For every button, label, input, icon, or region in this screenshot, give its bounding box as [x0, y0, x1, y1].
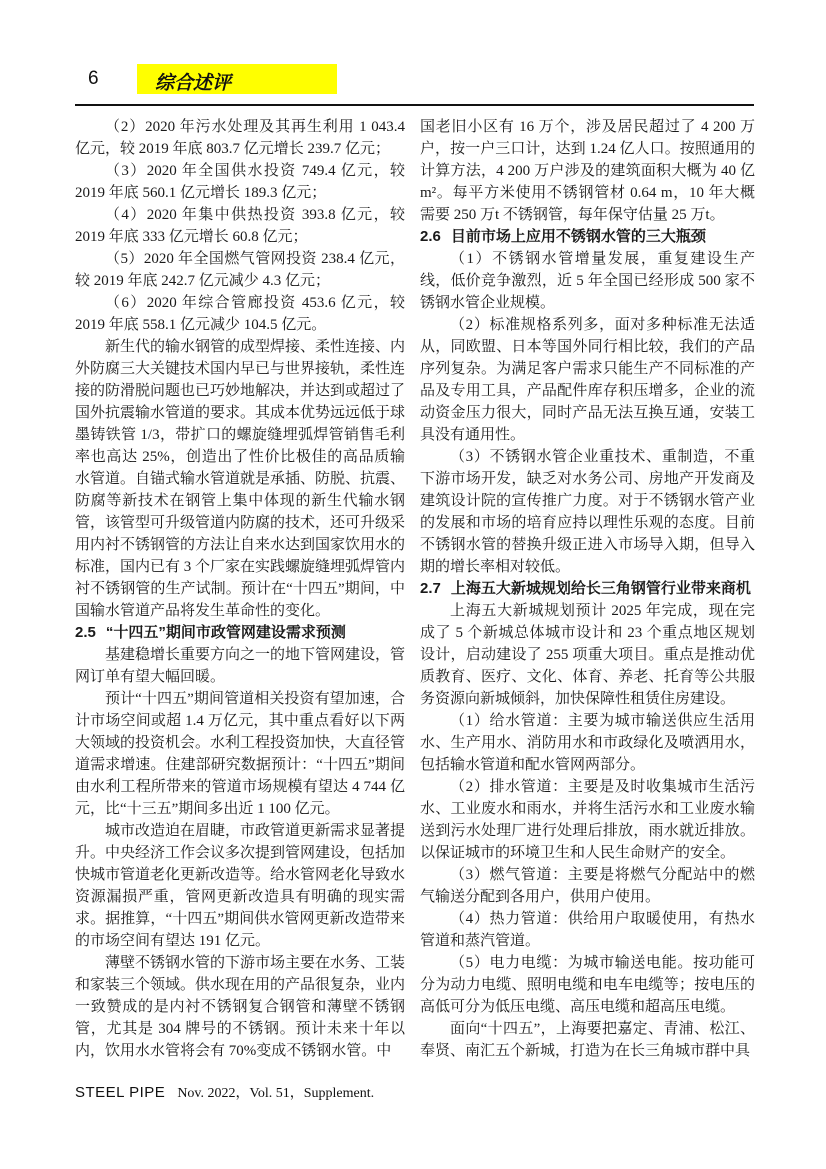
stat-item-5: （5）2020 年全国燃气管网投资 238.4 亿元，较 2019 年底 242… [75, 248, 405, 292]
heading-title: 上海五大新城规划给长三角钢管行业带来商机 [451, 580, 751, 597]
heading-number: 2.6 [420, 228, 441, 245]
journal-page: { "header": { "page_number": "6", "secti… [0, 0, 826, 1169]
paragraph-city-renewal: 城市改造迫在眉睫，市政管道更新需求显著提升。中央经济工作会议多次提到管网建设，包… [75, 820, 405, 952]
stat-item-3: （3）2020 年全国供水投资 749.4 亿元，较 2019 年底 560.1… [75, 160, 405, 204]
pipe-type-2-drainage: （2）排水管道：主要是及时收集城市生活污水、工业废水和雨水，并将生活污水和工业废… [420, 776, 755, 864]
paragraph-shanghai-newtowns: 上海五大新城规划预计 2025 年完成，现在完成了 5 个新城总体城市设计和 2… [420, 600, 755, 710]
journal-name: STEEL PIPE [75, 1084, 165, 1101]
right-column: 国老旧小区有 16 万个，涉及居民超过了 4 200 万户，按一户三口计，达到 … [420, 116, 755, 1062]
paragraph-five-newtowns: 面向“十四五”，上海要把嘉定、青浦、松江、奉贤、南汇五个新城，打造为在长三角城市… [420, 1018, 755, 1062]
section-heading-2-5: 2.5“十四五”期间市政管网建设需求预测 [75, 622, 405, 644]
stat-item-2: （2）2020 年污水处理及其再生利用 1 043.4 亿元，较 2019 年底… [75, 116, 405, 160]
section-heading-2-7: 2.7上海五大新城规划给长三角钢管行业带来商机 [420, 578, 755, 600]
stat-item-4: （4）2020 年集中供热投资 393.8 亿元，较 2019 年底 333 亿… [75, 204, 405, 248]
paragraph-investment-forecast: 预计“十四五”期间管道相关投资有望加速，合计市场空间或超 1.4 万亿元，其中重… [75, 688, 405, 820]
issue-info: Nov. 2022，Vol. 51，Supplement. [177, 1086, 374, 1101]
section-badge: 综合述评 [137, 64, 337, 94]
heading-number: 2.7 [420, 580, 441, 597]
bottleneck-item-3: （3）不锈钢水管企业重技术、重制造，不重下游市场开发，缺乏对水务公司、房地产开发… [420, 446, 755, 578]
paragraph-thin-wall-pipe: 薄壁不锈钢水管的下游市场主要在水务、工装和家装三个领域。供水现在用的产品很复杂，… [75, 952, 405, 1062]
page-header: 6 综合述评 [75, 64, 755, 94]
pipe-type-4-heating: （4）热力管道：供给用户取暖使用，有热水管道和蒸汽管道。 [420, 908, 755, 952]
pipe-type-1-water-supply: （1）给水管道：主要为城市输送供应生活用水、生产用水、消防用水和市政绿化及喷洒用… [420, 710, 755, 776]
bottleneck-item-1: （1）不锈钢水管增量发展，重复建设生产线，低价竞争激烈，近 5 年全国已经形成 … [420, 248, 755, 314]
paragraph-steel-pipe-tech: 新生代的输水钢管的成型焊接、柔性连接、内外防腐三大关键技术国内早已与世界接轨，柔… [75, 336, 405, 622]
pipe-type-5-power-cable: （5）电力电缆：为城市输送电能。按功能可分为动力电缆、照明电缆和电车电缆等；按电… [420, 952, 755, 1018]
heading-title: “十四五”期间市政管网建设需求预测 [106, 624, 346, 641]
stat-item-6: （6）2020 年综合管廊投资 453.6 亿元，较 2019 年底 558.1… [75, 292, 405, 336]
heading-number: 2.5 [75, 624, 96, 641]
heading-title: 目前市场上应用不锈钢水管的三大瓶颈 [451, 228, 706, 245]
left-column: （2）2020 年污水处理及其再生利用 1 043.4 亿元，较 2019 年底… [75, 116, 405, 1062]
page-footer: STEEL PIPENov. 2022，Vol. 51，Supplement. [75, 1082, 374, 1102]
section-heading-2-6: 2.6目前市场上应用不锈钢水管的三大瓶颈 [420, 226, 755, 248]
bottleneck-item-2: （2）标准规格系列多，面对多种标准无法适从，同欧盟、日本等国外同行相比较，我们的… [420, 314, 755, 446]
paragraph-infrastructure: 基建稳增长重要方向之一的地下管网建设，管网订单有望大幅回暖。 [75, 644, 405, 688]
paragraph-old-district-cont: 国老旧小区有 16 万个，涉及居民超过了 4 200 万户，按一户三口计，达到 … [420, 116, 755, 226]
header-rule [75, 104, 754, 106]
page-number: 6 [75, 68, 137, 90]
article-body: （2）2020 年污水处理及其再生利用 1 043.4 亿元，较 2019 年底… [75, 116, 755, 1062]
pipe-type-3-gas: （3）燃气管道：主要是将燃气分配站中的燃气输送分配到各用户，供用户使用。 [420, 864, 755, 908]
